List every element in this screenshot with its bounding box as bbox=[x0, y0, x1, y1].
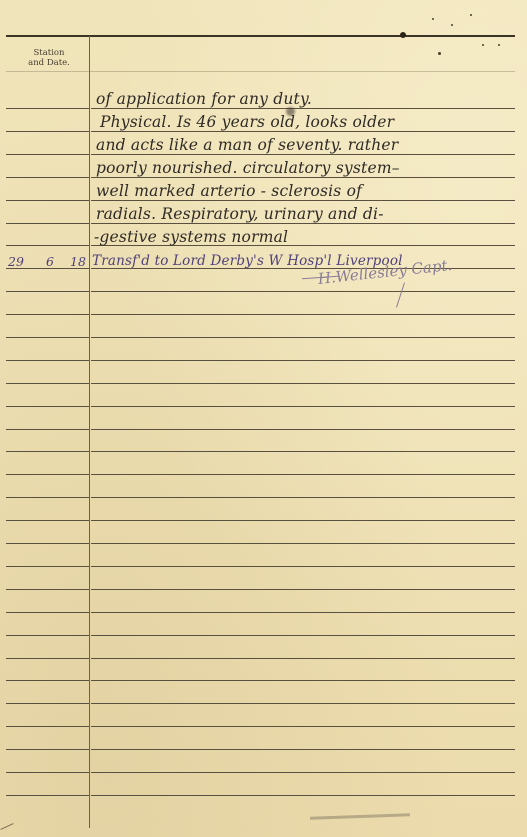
header-line-1: Station bbox=[20, 48, 78, 58]
ruled-line bbox=[91, 383, 515, 384]
ruled-line bbox=[91, 635, 515, 636]
ruled-line bbox=[91, 726, 515, 727]
paper-speck bbox=[451, 24, 453, 26]
date-year: 18 bbox=[70, 254, 86, 269]
ink-blot bbox=[286, 107, 295, 116]
entry-line: of application for any duty. bbox=[96, 91, 312, 107]
ruled-line bbox=[91, 612, 515, 613]
ruled-line bbox=[6, 749, 89, 750]
ruled-line bbox=[6, 795, 89, 796]
ruled-line bbox=[6, 680, 89, 681]
ruled-line bbox=[91, 429, 515, 430]
record-page: Station and Date. of application for any… bbox=[0, 0, 527, 837]
ruled-line bbox=[6, 245, 89, 246]
ruled-line bbox=[6, 543, 89, 544]
ruled-line bbox=[6, 726, 89, 727]
entry-line: Physical. Is 46 years old, looks older bbox=[100, 114, 394, 130]
ruled-line bbox=[91, 406, 515, 407]
ruled-line bbox=[91, 131, 515, 132]
ruled-line bbox=[6, 406, 89, 407]
ruled-line bbox=[91, 291, 515, 292]
ruled-line bbox=[6, 703, 89, 704]
ruled-line bbox=[6, 612, 89, 613]
ruled-line bbox=[6, 566, 89, 567]
station-date-header: Station and Date. bbox=[20, 48, 78, 68]
ruled-line bbox=[91, 200, 515, 201]
ruled-line bbox=[6, 177, 89, 178]
ruled-line bbox=[6, 291, 89, 292]
header-line-2: and Date. bbox=[20, 58, 78, 68]
ruled-line bbox=[6, 108, 89, 109]
date-day: 29 bbox=[8, 254, 24, 269]
ruled-line bbox=[6, 772, 89, 773]
top-border-rule bbox=[6, 35, 515, 37]
paper-speck bbox=[470, 14, 472, 16]
paper-smudge bbox=[310, 813, 410, 819]
ruled-line bbox=[91, 337, 515, 338]
entry-line: poorly nourished. circulatory system– bbox=[96, 160, 400, 176]
ruled-line bbox=[91, 520, 515, 521]
ruled-line bbox=[91, 772, 515, 773]
ruled-line bbox=[6, 589, 89, 590]
signature-flourish bbox=[396, 282, 405, 307]
ruled-line bbox=[6, 200, 89, 201]
ruled-line bbox=[6, 658, 89, 659]
ruled-line bbox=[91, 108, 515, 109]
ruled-line bbox=[6, 635, 89, 636]
entry-line: radials. Respiratory, urinary and di- bbox=[96, 206, 384, 222]
ruled-line bbox=[91, 795, 515, 796]
entry-line: well marked arterio - sclerosis of bbox=[96, 183, 362, 199]
paper-speck bbox=[498, 44, 500, 46]
ruled-line bbox=[91, 223, 515, 224]
ink-dot bbox=[400, 32, 406, 38]
ruled-line bbox=[91, 749, 515, 750]
entry-line: -gestive systems normal bbox=[94, 229, 288, 245]
ruled-line bbox=[6, 131, 89, 132]
ruled-line bbox=[91, 566, 515, 567]
ruled-line bbox=[91, 451, 515, 452]
paper-speck bbox=[432, 18, 434, 20]
ruled-line bbox=[91, 658, 515, 659]
ruled-line bbox=[6, 223, 89, 224]
ruled-line bbox=[91, 154, 515, 155]
ruled-line bbox=[6, 520, 89, 521]
ruled-line bbox=[6, 360, 89, 361]
paper-speck bbox=[438, 52, 441, 55]
ruled-line bbox=[91, 703, 515, 704]
ruled-line bbox=[6, 154, 89, 155]
ruled-line bbox=[6, 383, 89, 384]
ruled-line bbox=[6, 314, 89, 315]
ruled-line bbox=[6, 429, 89, 430]
ruled-line bbox=[91, 543, 515, 544]
ruled-line bbox=[91, 314, 515, 315]
paper-speck bbox=[482, 44, 484, 46]
ruled-line bbox=[91, 474, 515, 475]
ruled-line bbox=[91, 177, 515, 178]
ruled-line bbox=[91, 360, 515, 361]
ruled-line bbox=[6, 451, 89, 452]
ruled-line bbox=[6, 497, 89, 498]
ruled-line bbox=[6, 474, 89, 475]
ruled-line bbox=[91, 680, 515, 681]
ruled-line bbox=[6, 337, 89, 338]
column-divider bbox=[89, 36, 90, 828]
date-month: 6 bbox=[46, 254, 54, 269]
ruled-line bbox=[91, 589, 515, 590]
ruled-line bbox=[91, 497, 515, 498]
corner-fold bbox=[0, 823, 13, 830]
entry-line: and acts like a man of seventy. rather bbox=[96, 137, 398, 153]
header-rule bbox=[6, 71, 515, 72]
